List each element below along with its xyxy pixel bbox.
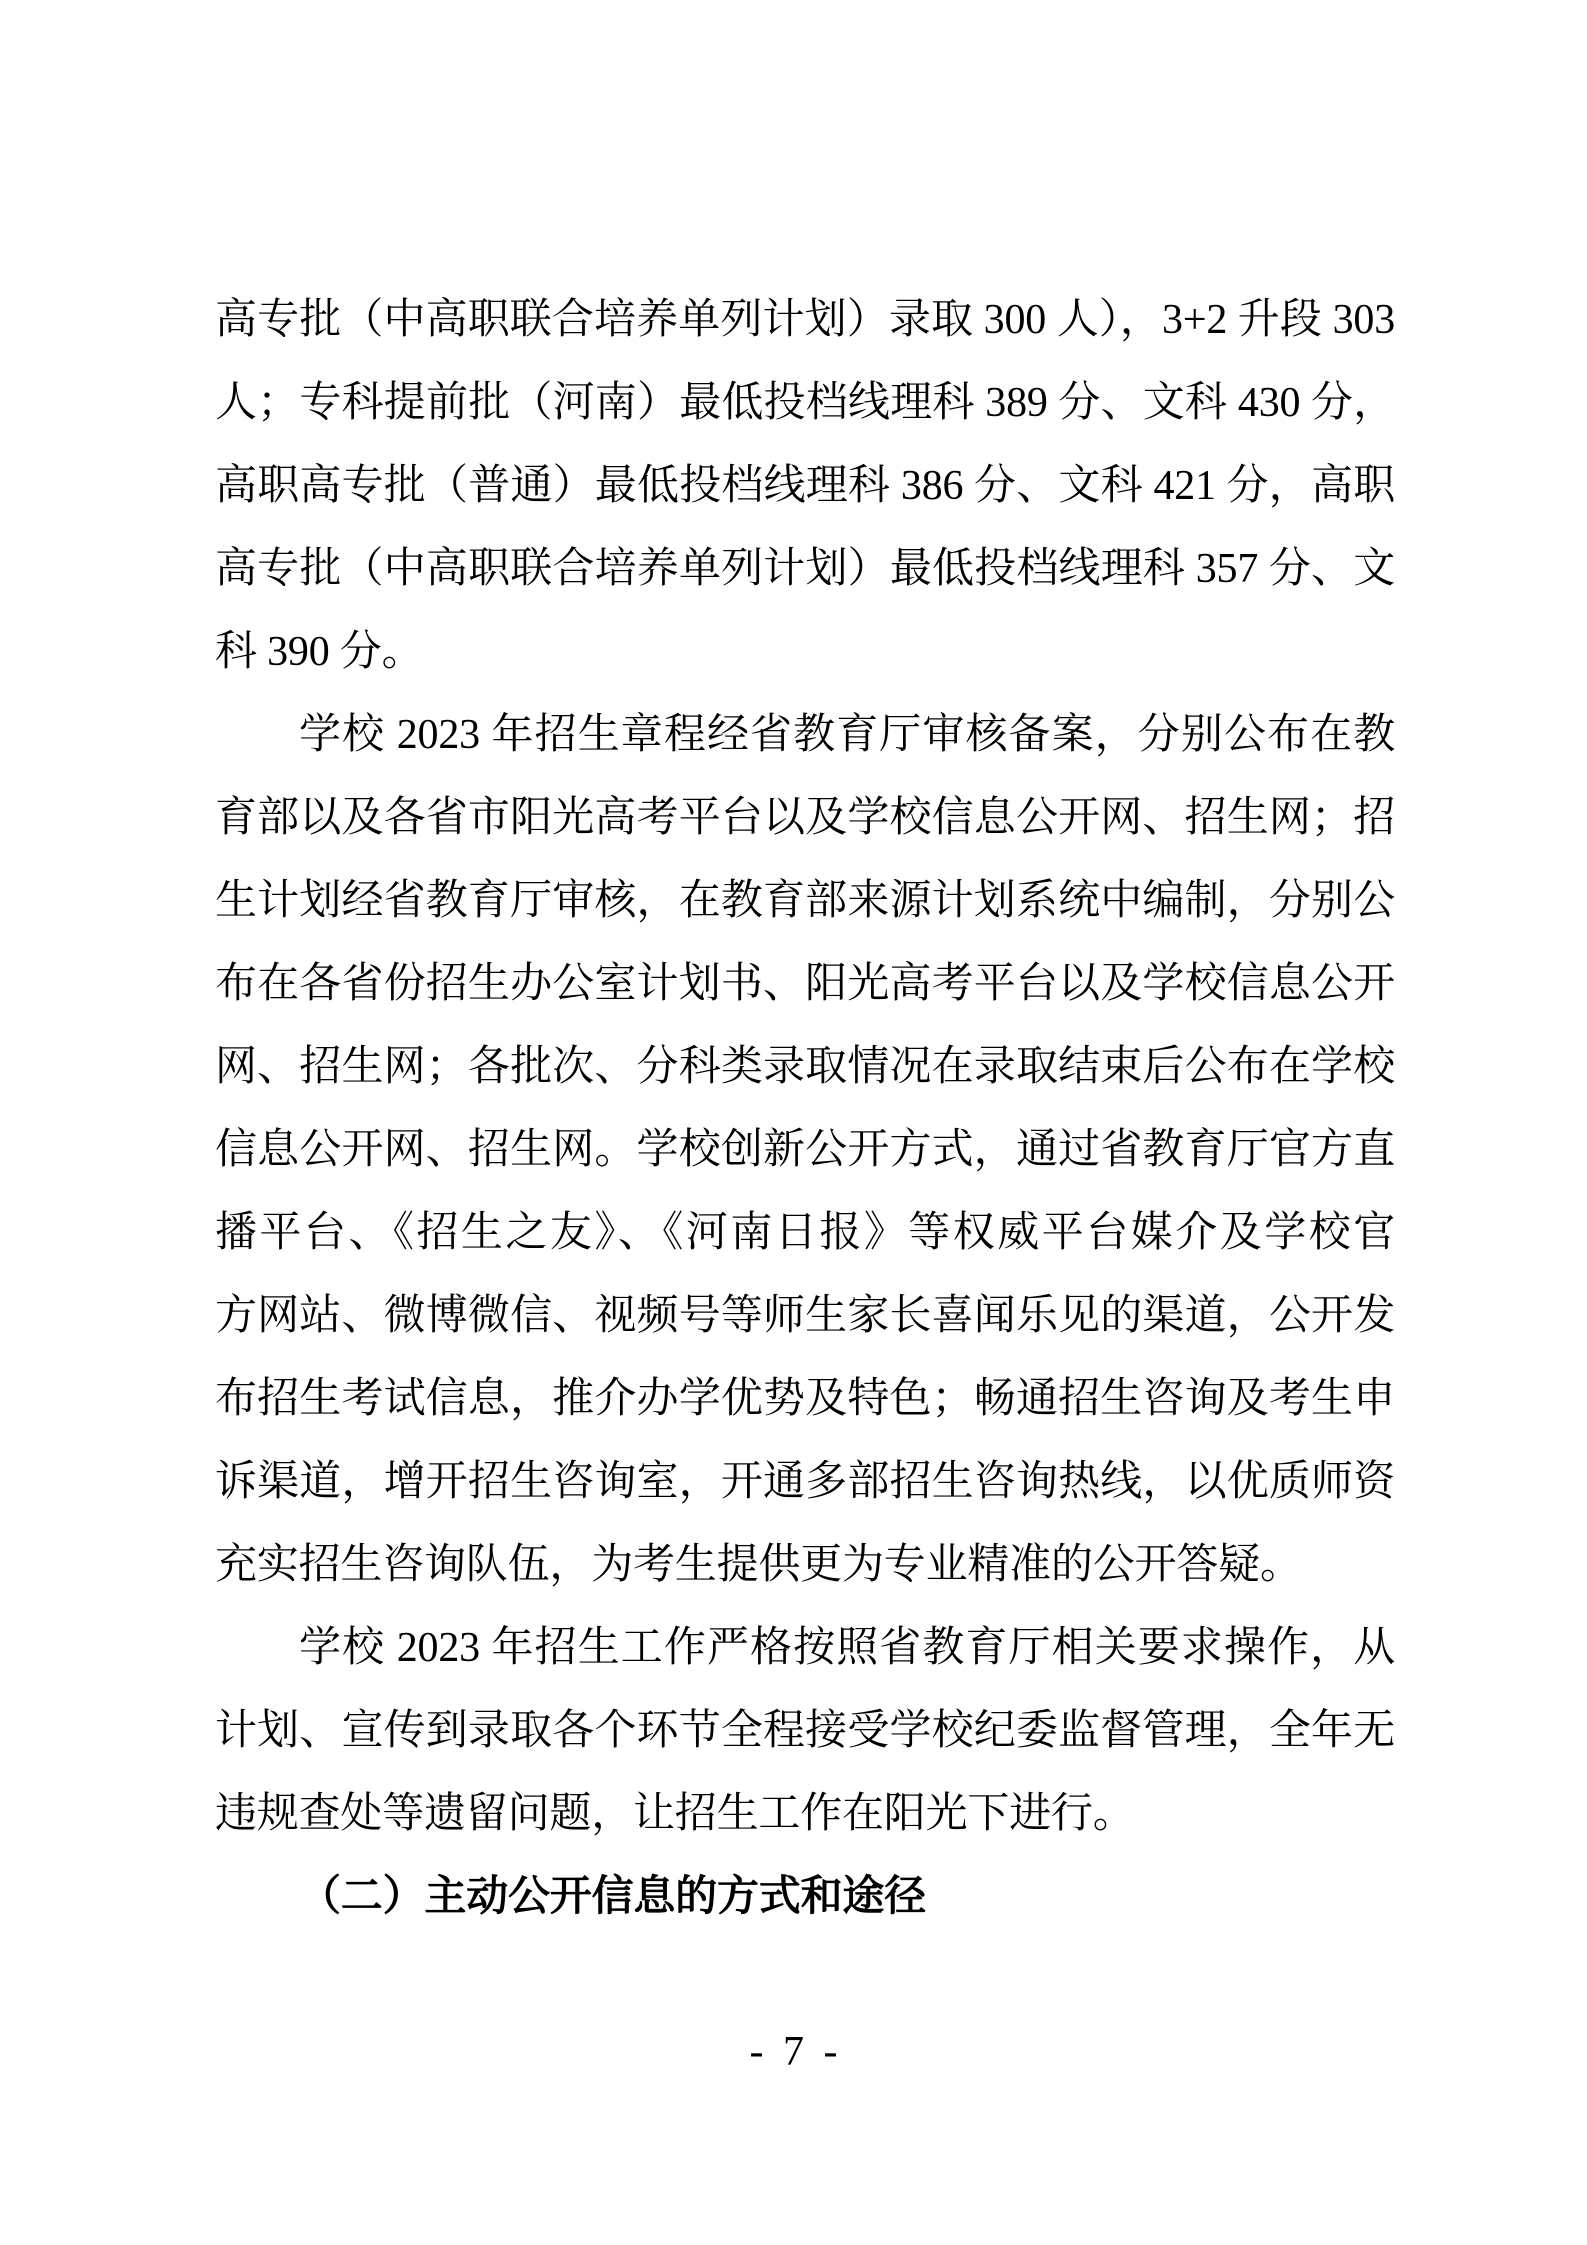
paragraph: 学校 2023 年招生工作严格按照省教育厅相关要求操作，从 计划、宣传到录取各个…: [215, 1607, 1395, 1856]
text-line: 信息公开网、招生网。学校创新公开方式，通过省教育厅官方直: [215, 1109, 1395, 1192]
text-line: 布招生考试信息，推介办学优势及特色；畅通招生咨询及考生申: [215, 1358, 1395, 1441]
paragraph: 高专批（中高职联合培养单列计划）录取 300 人），3+2 升段 303 人；专…: [215, 279, 1395, 694]
text-line: 布在各省份招生办公室计划书、阳光高考平台以及学校信息公开: [215, 943, 1395, 1026]
text-line: 学校 2023 年招生工作严格按照省教育厅相关要求操作，从: [215, 1607, 1395, 1690]
text-line: 计划、宣传到录取各个环节全程接受学校纪委监督管理，全年无: [215, 1690, 1395, 1773]
text-line: 诉渠道，增开招生咨询室，开通多部招生咨询热线，以优质师资: [215, 1441, 1395, 1524]
page-number: - 7 -: [0, 2022, 1587, 2082]
text-line: 学校 2023 年招生章程经省教育厅审核备案，分别公布在教: [215, 694, 1395, 777]
text-line: 高专批（中高职联合培养单列计划）最低投档线理科 357 分、文: [215, 528, 1395, 611]
paragraph: 学校 2023 年招生章程经省教育厅审核备案，分别公布在教 育部以及各省市阳光高…: [215, 694, 1395, 1607]
text-line: 播平台、《招生之友》、《河南日报》等权威平台媒介及学校官: [215, 1192, 1395, 1275]
text-line: 人；专科提前批（河南）最低投档线理科 389 分、文科 430 分，: [215, 362, 1395, 445]
text-line: 高专批（中高职联合培养单列计划）录取 300 人），3+2 升段 303: [215, 279, 1395, 362]
text-line: 网、招生网；各批次、分科类录取情况在录取结束后公布在学校: [215, 1026, 1395, 1109]
text-line: 充实招生咨询队伍，为考生提供更为专业精准的公开答疑。: [215, 1524, 1395, 1607]
text-line: 方网站、微博微信、视频号等师生家长喜闻乐见的渠道，公开发: [215, 1275, 1395, 1358]
text-line: 育部以及各省市阳光高考平台以及学校信息公开网、招生网；招: [215, 777, 1395, 860]
text-line: 高职高专批（普通）最低投档线理科 386 分、文科 421 分，高职: [215, 445, 1395, 528]
document-body: 高专批（中高职联合培养单列计划）录取 300 人），3+2 升段 303 人；专…: [215, 279, 1395, 1939]
text-line: 生计划经省教育厅审核，在教育部来源计划系统中编制，分别公: [215, 860, 1395, 943]
document-page: 高专批（中高职联合培养单列计划）录取 300 人），3+2 升段 303 人；专…: [0, 0, 1587, 2245]
section-heading: （二）主动公开信息的方式和途径: [215, 1856, 1395, 1939]
text-line: 违规查处等遗留问题，让招生工作在阳光下进行。: [215, 1773, 1395, 1856]
text-line: 科 390 分。: [215, 611, 1395, 694]
